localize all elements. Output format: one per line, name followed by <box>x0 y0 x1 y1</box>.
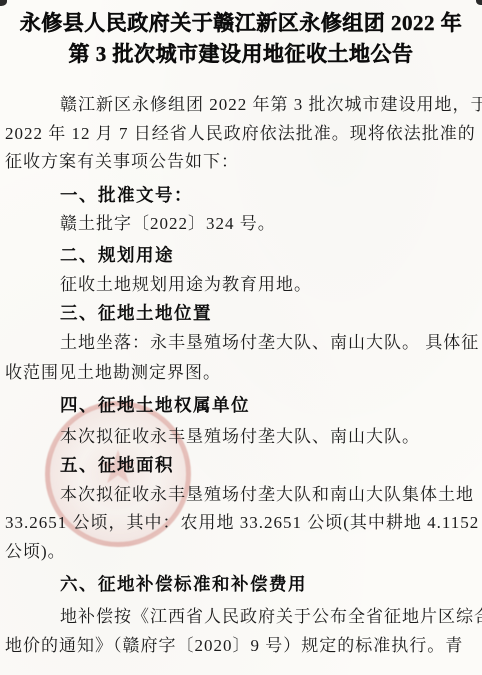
doc-line: 赣土批字〔2022〕324 号。 <box>60 214 276 234</box>
scan-artifact-top-left <box>0 0 7 6</box>
scan-artifact-top-right <box>476 0 482 5</box>
doc-line: 地价的通知》（赣府字〔2020〕9 号）规定的标准执行。青 <box>5 636 463 656</box>
doc-line: 2022 年 12 月 7 日经省人民政府依法批准。现将依法批准的 <box>5 124 476 144</box>
doc-line: 征收方案有关事项公告如下： <box>5 152 239 172</box>
title-line-1: 永修县人民政府关于赣江新区永修组团 2022 年 <box>0 8 482 39</box>
document-title: 永修县人民政府关于赣江新区永修组团 2022 年 第 3 批次城市建设用地征收土… <box>0 8 482 70</box>
doc-line: 收范围见土地勘测定界图。 <box>5 363 221 383</box>
scanned-document-page: ★ 永修县人民政府关于赣江新区永修组团 2022 年 第 3 批次城市建设用地征… <box>0 0 482 675</box>
section-heading-2: 二、规划用途 <box>60 245 174 265</box>
doc-line: 本次拟征收永丰垦殖场付垄大队和南山大队集体土地 <box>60 485 474 505</box>
section-heading-6: 六、征地补偿标准和补偿费用 <box>60 574 307 594</box>
section-heading-4: 四、征地土地权属单位 <box>60 395 250 415</box>
doc-line: 33.2651 公顷，其中：农用地 33.2651 公顷(其中耕地 4.1152 <box>5 513 479 533</box>
section-heading-3: 三、征地土地位置 <box>60 303 212 323</box>
doc-line: 征收土地规划用途为教育用地。 <box>60 275 312 295</box>
doc-line: 地补偿按《江西省人民政府关于公布全省征地片区综合 <box>60 607 482 627</box>
section-heading-1: 一、批准文号： <box>60 185 193 205</box>
doc-line: 本次拟征收永丰垦殖场付垄大队、南山大队。 <box>60 427 420 447</box>
doc-line: 土地坐落：永丰垦殖场付垄大队、南山大队。 具体征 <box>60 333 479 353</box>
doc-line: 公顷)。 <box>5 542 66 562</box>
section-heading-5: 五、征地面积 <box>60 455 174 475</box>
title-line-2: 第 3 批次城市建设用地征收土地公告 <box>0 39 482 70</box>
doc-line: 赣江新区永修组团 2022 年第 3 批次城市建设用地，于 <box>60 95 482 115</box>
